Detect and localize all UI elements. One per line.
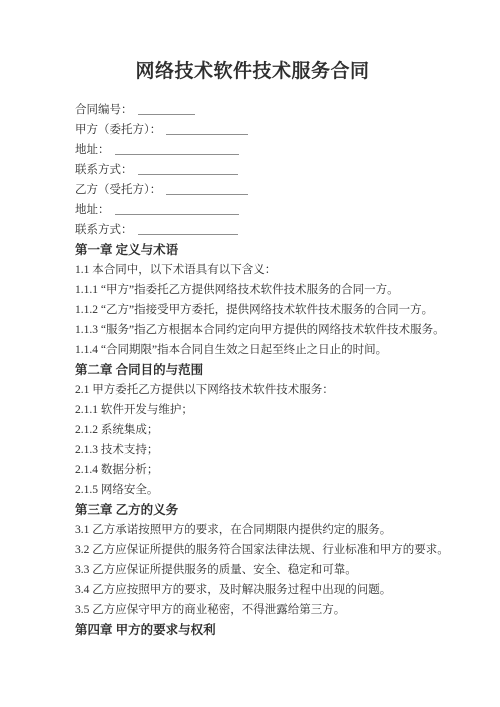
field-party-b-address: 地址： [75, 200, 430, 220]
field-label: 联系方式： [75, 164, 133, 176]
clause: 1.1.4 “合同期限”指本合同自生效之日起至终止之日止的时间。 [75, 340, 430, 360]
clause: 2.1.4 数据分析； [75, 460, 430, 480]
field-label: 地址： [75, 204, 110, 216]
party-info-block: 合同编号： 甲方（委托方）： 地址： 联系方式： 乙方（受托方）： 地址： 联系… [75, 100, 430, 240]
clause: 1.1 本合同中，以下术语具有以下含义： [75, 260, 430, 280]
field-blank-line [115, 142, 239, 155]
clause: 1.1.1 “甲方”指委托乙方提供网络技术软件技术服务的合同一方。 [75, 280, 430, 300]
clause: 3.3 乙方应保证所提供服务的质量、安全、稳定和可靠。 [75, 560, 430, 580]
contract-document-page: 网络技术软件技术服务合同 合同编号： 甲方（委托方）： 地址： 联系方式： 乙方… [0, 0, 500, 707]
field-party-b: 乙方（受托方）： [75, 180, 430, 200]
clause: 2.1.2 系统集成； [75, 420, 430, 440]
clause: 3.2 乙方应保证所提供的服务符合国家法律法规、行业标准和甲方的要求。 [75, 540, 430, 560]
clause: 2.1 甲方委托乙方提供以下网络技术软件技术服务： [75, 380, 430, 400]
field-blank-line [166, 122, 248, 135]
clause: 3.1 乙方承诺按照甲方的要求，在合同期限内提供约定的服务。 [75, 520, 430, 540]
field-blank-line [166, 182, 248, 195]
clause: 3.4 乙方应按照甲方的要求，及时解决服务过程中出现的问题。 [75, 580, 430, 600]
field-contract-number: 合同编号： [75, 100, 430, 120]
clause: 2.1.5 网络安全。 [75, 480, 430, 500]
clause: 3.5 乙方应保守甲方的商业秘密，不得泄露给第三方。 [75, 600, 430, 620]
clause: 2.1.3 技术支持； [75, 440, 430, 460]
field-blank-line [138, 162, 238, 175]
clause: 1.1.2 “乙方”指接受甲方委托，提供网络技术软件技术服务的合同一方。 [75, 300, 430, 320]
section-party-b-obligations: 第三章 乙方的义务 3.1 乙方承诺按照甲方的要求，在合同期限内提供约定的服务。… [75, 500, 430, 620]
field-label: 甲方（委托方）： [75, 124, 161, 136]
field-party-a-contact: 联系方式： [75, 160, 430, 180]
section-party-a-rights: 第四章 甲方的要求与权利 [75, 620, 430, 640]
field-party-b-contact: 联系方式： [75, 220, 430, 240]
clause: 2.1.1 软件开发与维护； [75, 400, 430, 420]
field-blank-line [115, 202, 239, 215]
field-party-a: 甲方（委托方）： [75, 120, 430, 140]
clause: 1.1.3 “服务”指乙方根据本合同约定向甲方提供的网络技术软件技术服务。 [75, 320, 430, 340]
section-heading: 第三章 乙方的义务 [75, 500, 430, 520]
document-title: 网络技术软件技术服务合同 [75, 59, 430, 85]
field-label: 乙方（受托方）： [75, 184, 161, 196]
field-label: 联系方式： [75, 224, 133, 236]
section-heading: 第一章 定义与术语 [75, 240, 430, 260]
field-party-a-address: 地址： [75, 140, 430, 160]
section-heading: 第二章 合同目的与范围 [75, 360, 430, 380]
field-blank-line [138, 102, 195, 115]
section-definitions: 第一章 定义与术语 1.1 本合同中，以下术语具有以下含义： 1.1.1 “甲方… [75, 240, 430, 360]
section-heading: 第四章 甲方的要求与权利 [75, 620, 430, 640]
field-label: 地址： [75, 144, 110, 156]
section-purpose-scope: 第二章 合同目的与范围 2.1 甲方委托乙方提供以下网络技术软件技术服务： 2.… [75, 360, 430, 500]
field-blank-line [138, 222, 238, 235]
field-label: 合同编号： [75, 104, 133, 116]
